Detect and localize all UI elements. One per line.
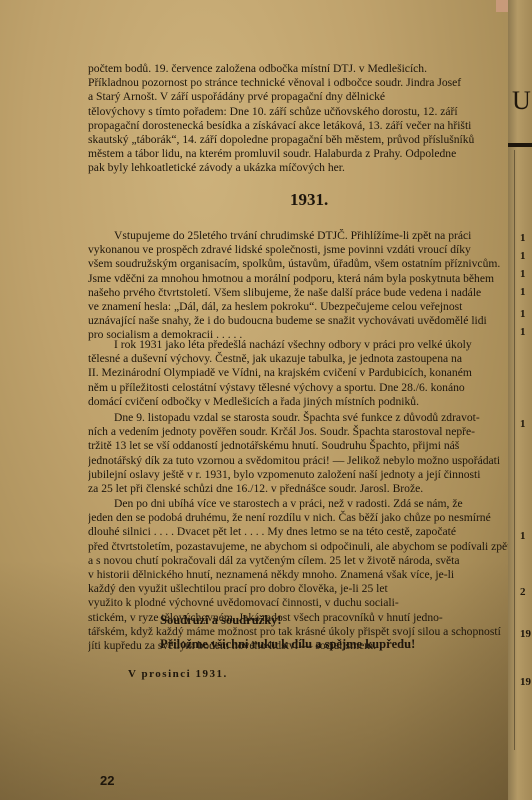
facing-page-heading-fragment: U bbox=[512, 86, 531, 116]
text-line: před čtvrtstoletím, pozastavujeme, ne ab… bbox=[88, 540, 508, 554]
paragraph-reflection: Den po dni ubíhá více ve starostech a v … bbox=[88, 497, 508, 653]
text-line: za 25 let při členské schůzi dne 16./12.… bbox=[88, 482, 508, 496]
text-line: stickém, v ryze tělovýchovném. Jaká rado… bbox=[88, 611, 508, 625]
text-line: ve znamení hesla: „Dál, dál, za heslem p… bbox=[88, 300, 508, 314]
text-line: dlouhé silnici . . . . Dvacet pět let . … bbox=[88, 525, 508, 539]
text-line: našeho prvého čtvrtstoletí. Všem slibuje… bbox=[88, 286, 508, 300]
text-line: a Starý Arnošt. V září uspořádány prvé p… bbox=[88, 90, 508, 104]
text-line: jubilejní oslavy ještě v r. 1931, bylo v… bbox=[88, 468, 508, 482]
facing-page-number: 1 bbox=[520, 286, 526, 298]
text-line: I rok 1931 jako léta předešlá nachází vš… bbox=[88, 338, 508, 352]
text-line: Dne 9. listopadu vzdal se starosta soudr… bbox=[88, 411, 508, 425]
book-page-right-edge: U 1 1 1 1 1 1 1 1 2 19 19 bbox=[508, 0, 532, 800]
facing-page-number: 1 bbox=[520, 530, 526, 542]
dateline: V prosinci 1931. bbox=[128, 668, 228, 680]
text-line: vykonanou ve prospěch zdravé lidské spol… bbox=[88, 243, 508, 257]
facing-page-number: 1 bbox=[520, 250, 526, 262]
text-line: ních a vedením jednoty pověřen soudr. Kr… bbox=[88, 425, 508, 439]
facing-page-number: 1 bbox=[520, 232, 526, 244]
text-line: II. Mezinárodní Olympiadě ve Vídni, na k… bbox=[88, 366, 508, 380]
facing-page-number: 19 bbox=[520, 676, 531, 688]
closing-appeal: Přiložme všichni ruku k dílu a spějme ku… bbox=[160, 637, 415, 652]
text-line: jednotářský dík za tuto vzornou a svědom… bbox=[88, 454, 508, 468]
facing-page-table-line bbox=[514, 150, 515, 750]
text-line: Jsme vděčni za mnohou hmotnou a morální … bbox=[88, 272, 508, 286]
paragraph-year-1931: I rok 1931 jako léta předešlá nachází vš… bbox=[88, 338, 508, 409]
text-line: tržitě 13 let se vší oddaností jednotářs… bbox=[88, 439, 508, 453]
text-line: uznávající naše snahy, že i do budoucna … bbox=[88, 314, 508, 328]
facing-page-number: 1 bbox=[520, 418, 526, 430]
text-line: a s novou chutí pokračovali dál za vytče… bbox=[88, 554, 508, 568]
text-line: Den po dni ubíhá více ve starostech a v … bbox=[88, 497, 508, 511]
text-line: všem soudružským organisacím, spolkům, ú… bbox=[88, 257, 508, 271]
text-line: počtem bodů. 19. července založena odboč… bbox=[88, 62, 508, 76]
text-line: domácí cvičení odbočky v Medlešicích a ř… bbox=[88, 395, 508, 409]
text-line: každý den využit ušlechtilou prací pro d… bbox=[88, 582, 508, 596]
facing-page-number: 2 bbox=[520, 586, 526, 598]
closing-salutation: Soudruzi a soudružky! bbox=[160, 613, 282, 628]
text-line: Vstupujeme do 25letého trvání chrudimské… bbox=[88, 229, 508, 243]
paragraph-chairman: Dne 9. listopadu vzdal se starosta soudr… bbox=[88, 411, 508, 496]
facing-page-rule bbox=[508, 143, 532, 147]
facing-page-number: 1 bbox=[520, 308, 526, 320]
text-line: městem a tábor lidu, na kterém promluvil… bbox=[88, 147, 508, 161]
text-line: Příkladnou pozornost po stránce technick… bbox=[88, 76, 508, 90]
text-line: v historii dělnického hnutí, neznamená n… bbox=[88, 568, 508, 582]
text-line: skautský „táborák“, 14. září dopoledne p… bbox=[88, 133, 508, 147]
page-number: 22 bbox=[100, 773, 114, 788]
text-line: jeden den se podobá druhému, že není roz… bbox=[88, 511, 508, 525]
paragraph-anniversary: Vstupujeme do 25letého trvání chrudimské… bbox=[88, 229, 508, 343]
facing-page-number: 1 bbox=[520, 268, 526, 280]
section-heading-year: 1931. bbox=[290, 190, 328, 210]
text-line: tělovýchovy s tímto pořadem: Dne 10. zář… bbox=[88, 105, 508, 119]
text-line: pak byly lehkoatletické závody a ukázka … bbox=[88, 161, 508, 175]
text-line: využito k plodné výchovné uvědomovací či… bbox=[88, 596, 508, 610]
text-line: něm u příležitosti celostátní výstavy tě… bbox=[88, 381, 508, 395]
intro-paragraph: počtem bodů. 19. července založena odboč… bbox=[88, 62, 508, 176]
facing-page-number: 19 bbox=[520, 628, 531, 640]
facing-page-number: 1 bbox=[520, 326, 526, 338]
text-line: propagační dorostenecká besídka a získáv… bbox=[88, 119, 508, 133]
text-line: tělesné a duševní výchovy. Čestně, jak u… bbox=[88, 352, 508, 366]
